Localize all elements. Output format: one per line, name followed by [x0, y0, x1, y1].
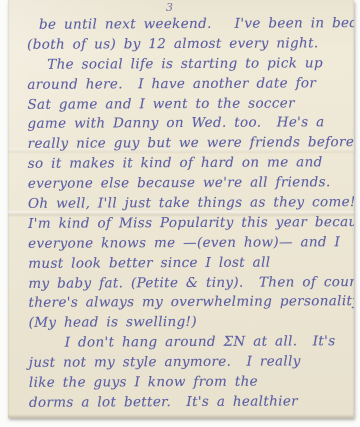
letter-line: just not my style anymore. I really	[29, 352, 354, 374]
page-number: 3	[166, 1, 173, 14]
letter-line: my baby fat. (Petite & tiny). Then of co…	[28, 273, 354, 295]
letter-line: be until next weekend. I've been in bed	[39, 14, 353, 36]
letter-line: (My head is swelling!)	[29, 312, 354, 334]
letter-line: Oh well, I'll just take things as they c…	[28, 193, 354, 215]
letter-line: (both of us) by 12 almost every night.	[27, 34, 353, 56]
letter-line: like the guys I know from the	[29, 372, 354, 394]
letter-line: The social life is starting to pick up	[47, 54, 353, 75]
letter-line: dorms a lot better. It's a healthier	[29, 392, 354, 414]
letter-line: I'm kind of Miss Popularity this year be…	[28, 213, 354, 235]
letter-line: around here. I have another date for	[27, 74, 353, 96]
letter-line: must look better since I lost all	[28, 253, 354, 275]
letter-line: so it makes it kind of hard on me and	[28, 153, 354, 175]
letter-line: Sat game and I went to the soccer	[27, 94, 353, 116]
letter-line: everyone knows me —(even how)— and I	[28, 233, 354, 255]
letter-line: there's always my overwhelming personali…	[28, 293, 354, 315]
letter-body: be until next weekend. I've been in bed …	[13, 14, 354, 414]
letter-scan: 3 be until next weekend. I've been in be…	[0, 0, 360, 427]
letter-line: game with Danny on Wed. too. He's a	[27, 114, 353, 136]
letter-line: everyone else because we're all friends.	[28, 173, 354, 195]
letter-paper: 3 be until next weekend. I've been in be…	[8, 0, 354, 418]
letter-line: really nice guy but we were friends befo…	[28, 133, 354, 155]
letter-line: I don't hang around ΣN at all. It's	[65, 332, 354, 353]
